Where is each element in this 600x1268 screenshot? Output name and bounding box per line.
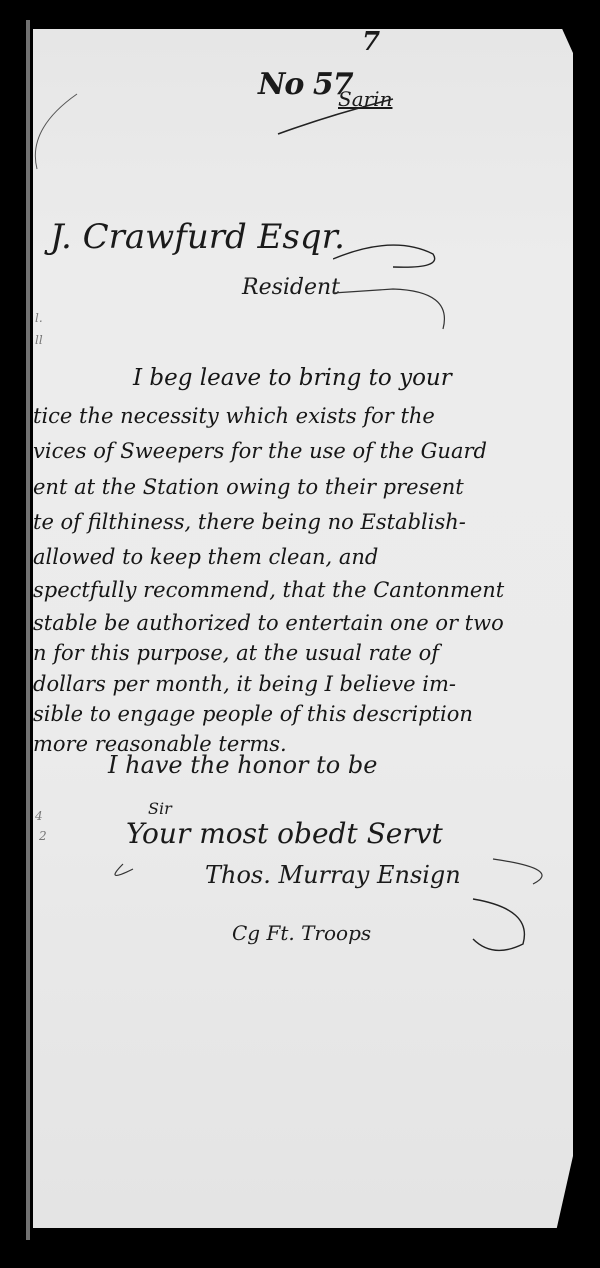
- title-flourish-icon: [333, 279, 473, 339]
- addressee-flourish-icon: [333, 239, 473, 279]
- body-line: sible to engage people of this descripti…: [33, 702, 473, 726]
- margin-note: 2: [39, 829, 47, 843]
- letter-page: 7 No 57 Sarin J. Crawfurd Esqr. Resident…: [33, 29, 573, 1228]
- body-line: stable be authorized to entertain one or…: [33, 611, 504, 635]
- signature-rank: Cg Ft. Troops: [232, 921, 371, 945]
- body-line: dollars per month, it being I believe im…: [33, 672, 456, 696]
- margin-note: l.: [35, 311, 43, 325]
- addressee-name: J. Crawfurd Esqr.: [50, 217, 345, 257]
- body-line: ent at the Station owing to their presen…: [33, 475, 464, 499]
- body-line: te of filthiness, there being no Establi…: [33, 510, 466, 534]
- folio-number: 7: [362, 27, 380, 57]
- body-line: I beg leave to bring to your: [133, 365, 452, 391]
- body-line: spectfully recommend, that the Cantonmen…: [33, 578, 504, 602]
- margin-flourish-icon: [27, 89, 87, 209]
- closing-salutation: Sir: [148, 799, 172, 818]
- binding-edge: [26, 20, 30, 1240]
- margin-note: 4: [35, 809, 43, 823]
- body-line: allowed to keep them clean, and: [33, 545, 378, 569]
- header-flourish-icon: [273, 89, 413, 139]
- margin-note: ll: [35, 333, 43, 347]
- body-line: tice the necessity which exists for the: [33, 404, 435, 428]
- signature-name: Thos. Murray Ensign: [205, 861, 461, 889]
- addressee-title: Resident: [242, 275, 340, 300]
- signature-flourish-icon: [453, 889, 553, 969]
- body-line: vices of Sweepers for the use of the Gua…: [33, 439, 487, 463]
- closing-line: I have the honor to be: [108, 751, 377, 779]
- body-line: n for this purpose, at the usual rate of: [33, 641, 439, 665]
